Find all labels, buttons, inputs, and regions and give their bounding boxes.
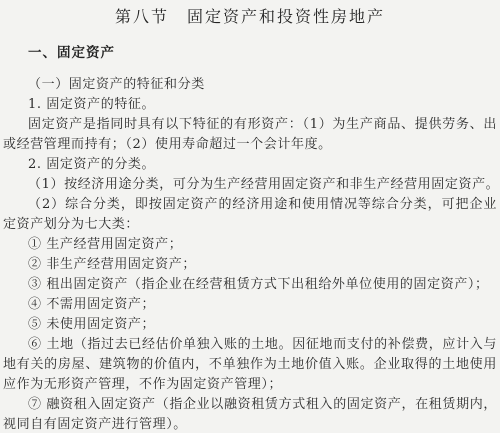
list-item-6-cont-2: 应作为无形资产管理，不作为固定资产管理）； xyxy=(3,375,497,395)
list-item-3: ③ 租出固定资产（指企业在经营租赁方式下出租给外单位使用的固定资产）； xyxy=(3,275,497,295)
body-text: （一）固定资产的特征和分类 1. 固定资产的特征。 固定资产是指同时具有以下特征… xyxy=(3,75,497,433)
classification-comprehensive: （2）综合分类，即按固定资产的经济用途和使用情况等综合分类，可把企业的固 xyxy=(3,195,497,215)
list-item-5: ⑤ 未使用固定资产； xyxy=(3,315,497,335)
list-item-1: ① 生产经营用固定资产； xyxy=(3,235,497,255)
heading-fixed-assets: 一、固定资产 xyxy=(28,41,115,61)
section-title: 第八节固定资产和投资性房地产 xyxy=(0,4,500,27)
list-item-4: ④ 不需用固定资产； xyxy=(3,295,497,315)
section-number: 第八节 xyxy=(115,7,169,26)
paragraph-definition-cont: 或经营管理而持有；（2）使用寿命超过一个会计年度。 xyxy=(3,135,497,155)
point-1-title: 1. 固定资产的特征。 xyxy=(3,95,497,115)
section-name: 固定资产和投资性房地产 xyxy=(187,7,385,26)
list-item-7-cont: 视同自有固定资产进行管理）。 xyxy=(3,415,497,433)
list-item-6: ⑥ 土地（指过去已经估价单独入账的土地。因征地而支付的补偿费，应计入与土 xyxy=(3,335,497,355)
classification-economic-use: （1）按经济用途分类，可分为生产经营用固定资产和非生产经营用固定资产。 xyxy=(3,175,497,195)
point-2-title: 2. 固定资产的分类。 xyxy=(3,155,497,175)
document-page: 第八节固定资产和投资性房地产 一、固定资产 （一）固定资产的特征和分类 1. 固… xyxy=(0,0,500,433)
list-item-7: ⑦ 融资租入固定资产（指企业以融资租赁方式租入的固定资产，在租赁期内，应 xyxy=(3,395,497,415)
list-item-6-cont-1: 地有关的房屋、建筑物的价值内，不单独作为土地价值入账。企业取得的土地使用权， xyxy=(3,355,497,375)
classification-comprehensive-cont: 定资产划分为七大类： xyxy=(3,215,497,235)
list-item-2: ② 非生产经营用固定资产； xyxy=(3,255,497,275)
subheading-features-classification: （一）固定资产的特征和分类 xyxy=(3,75,497,95)
paragraph-definition: 固定资产是指同时具有以下特征的有形资产：（1）为生产商品、提供劳务、出租 xyxy=(3,115,497,135)
